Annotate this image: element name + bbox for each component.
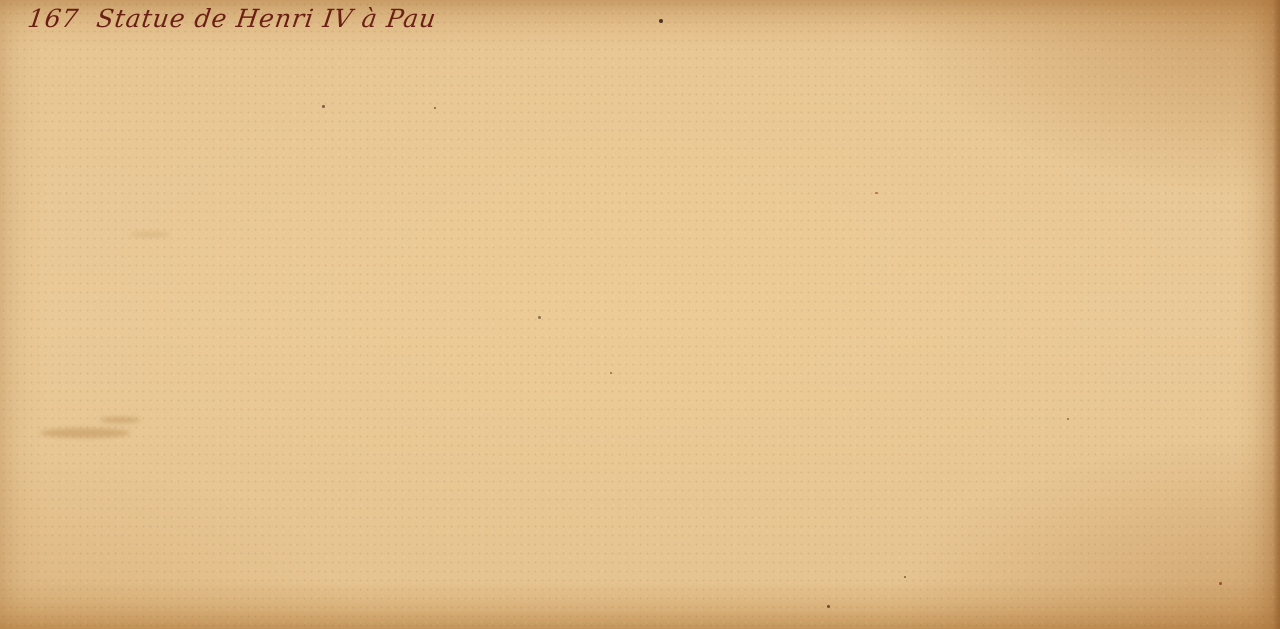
- paper-speck: [1219, 582, 1222, 585]
- paper-stain: [100, 417, 140, 423]
- ink-spot: [659, 19, 663, 23]
- card-edge: [1272, 0, 1280, 629]
- paper-speck: [875, 192, 878, 194]
- inscription-title: Statue de Henri IV à Pau: [95, 4, 439, 33]
- paper-speck: [1067, 418, 1069, 420]
- paper-speck: [322, 105, 325, 108]
- paper-speck: [904, 576, 906, 578]
- catalog-number: 167: [26, 4, 81, 33]
- card-back: 167Statue de Henri IV à Pau: [0, 0, 1280, 629]
- paper-stain: [40, 428, 130, 438]
- handwritten-inscription: 167Statue de Henri IV à Pau: [26, 4, 439, 33]
- paper-stain: [130, 232, 170, 237]
- paper-speck: [827, 605, 830, 608]
- paper-speck: [434, 107, 436, 109]
- paper-speck: [610, 372, 612, 374]
- paper-speck: [538, 316, 541, 319]
